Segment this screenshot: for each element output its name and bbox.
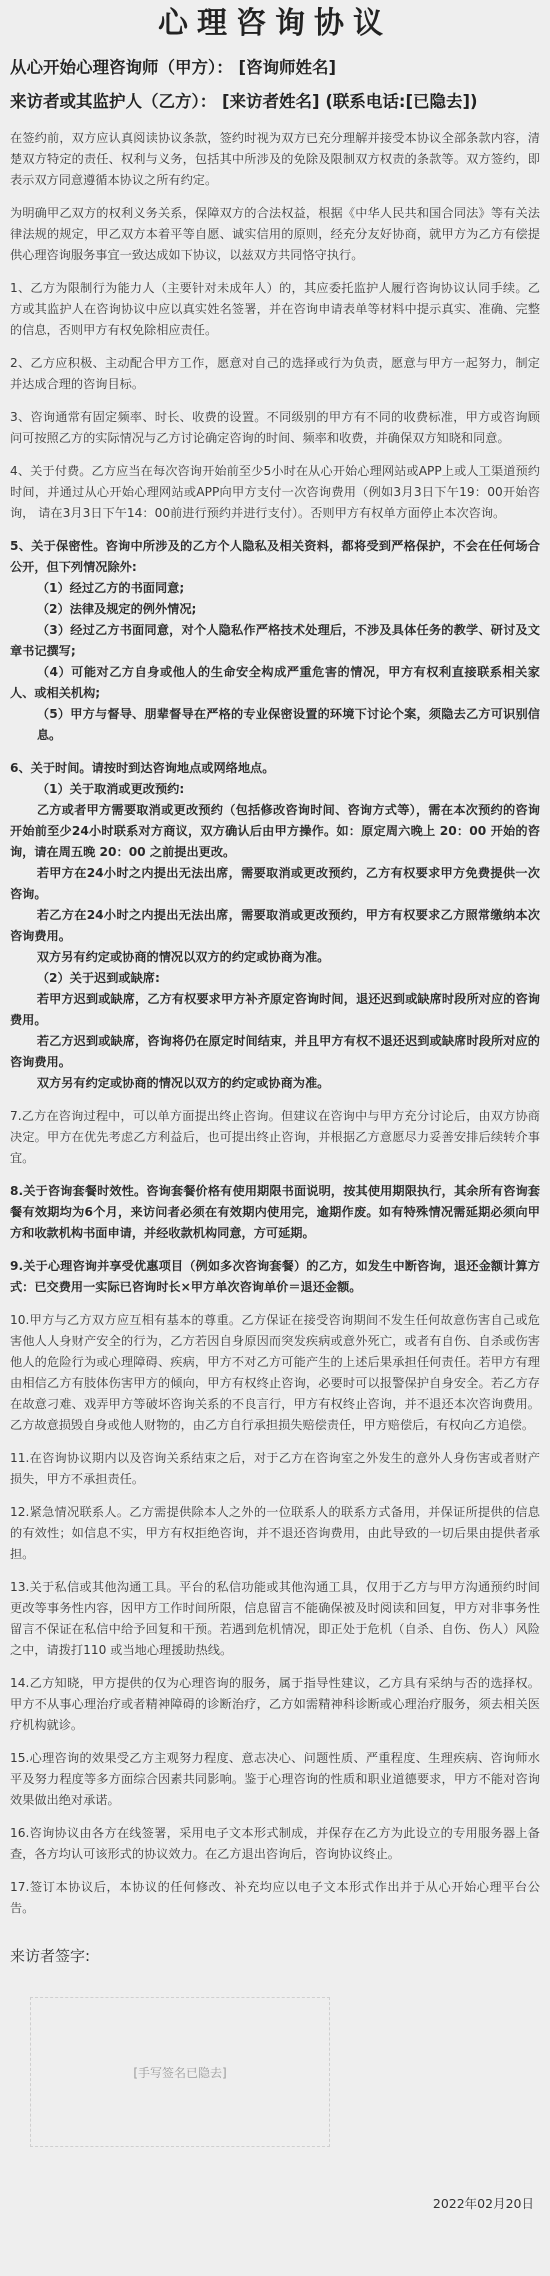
clause-6-sub1-line-4: 双方另有约定或协商的情况以双方的约定或协商为准。 bbox=[10, 947, 540, 968]
clause-12: 12.紧急情况联系人。乙方需提供除本人之外的一位联系人的联系方式备用，并保证所提… bbox=[10, 1502, 540, 1565]
clause-5-item-5: （5）甲方与督导、朋辈督导在严格的专业保密设置的环境下讨论个案，须隐去乙方可识别… bbox=[10, 704, 540, 746]
clause-16: 16.咨询协议由各方在线签署，采用电子文本形式制成，并保存在乙方为此设立的专用服… bbox=[10, 1823, 540, 1865]
clause-6-time: 6、关于时间。请按时到达咨询地点或网络地点。 （1）关于取消或更改预约: 乙方或… bbox=[10, 758, 540, 1094]
clause-5-item-1: （1）经过乙方的书面同意; bbox=[10, 578, 540, 599]
clause-4: 4、关于付费。乙方应当在每次咨询开始前至少5小时在从心开始心理网站或APP上或人… bbox=[10, 461, 540, 524]
clause-14: 14.乙方知晓，甲方提供的仅为心理咨询的服务，属于指导性建议，乙方具有采纳与否的… bbox=[10, 1673, 540, 1736]
clause-8: 8.关于咨询套餐时效性。咨询套餐价格有使用期限书面说明，按其使用期限执行，其余所… bbox=[10, 1181, 540, 1244]
signing-date: 2022年02月20日 bbox=[10, 2192, 534, 2216]
clause-5-item-3: （3）经过乙方书面同意，对个人隐私作严格技术处理后，不涉及具体任务的教学、研讨及… bbox=[10, 620, 540, 662]
clause-17: 17.签订本协议后，本协议的任何修改、补充均应以电子文本形式作出并于从心开始心理… bbox=[10, 1877, 540, 1919]
bottom-spacer bbox=[10, 2216, 540, 2276]
clause-6-sub1-line-1: 乙方或者甲方需要取消或更改预约（包括修改咨询时间、咨询方式等），需在本次预约的咨… bbox=[10, 800, 540, 863]
preamble-paragraph-2: 为明确甲乙双方的权利义务关系，保障双方的合法权益，根据《中华人民共和国合同法》等… bbox=[10, 203, 540, 266]
clause-15: 15.心理咨询的效果受乙方主观努力程度、意志决心、问题性质、严重程度、生理疾病、… bbox=[10, 1748, 540, 1811]
clause-6-sub2-title: （2）关于迟到或缺席: bbox=[10, 968, 540, 989]
clause-13: 13.关于私信或其他沟通工具。平台的私信功能或其他沟通工具，仅用于乙方与甲方沟通… bbox=[10, 1577, 540, 1661]
clause-5-confidentiality: 5、关于保密性。咨询中所涉及的乙方个人隐私及相关资料，都将受到严格保护，不会在任… bbox=[10, 536, 540, 746]
clause-10: 10.甲方与乙方双方应互相有基本的尊重。乙方保证在接受咨询期间不发生任何故意伤害… bbox=[10, 1310, 540, 1436]
party-b-line: 来访者或其监护人（乙方）： [来访者姓名] (联系电话:[已隐去]) bbox=[10, 90, 540, 114]
clause-6-sub2-line-3: 双方另有约定或协商的情况以双方的约定或协商为准。 bbox=[10, 1073, 540, 1094]
signature-label: 来访者签字: bbox=[10, 1945, 540, 1967]
clause-9: 9.关于心理咨询并享受优惠项目（例如多次咨询套餐）的乙方，如发生中断咨询，退还金… bbox=[10, 1256, 540, 1298]
clause-2: 2、乙方应积极、主动配合甲方工作，愿意对自己的选择或行为负责，愿意与甲方一起努力… bbox=[10, 353, 540, 395]
clause-6-sub1-title: （1）关于取消或更改预约: bbox=[10, 779, 540, 800]
clause-6-sub2-line-2: 若乙方迟到或缺席，咨询将仍在原定时间结束，并且甲方有权不退还迟到或缺席时段所对应… bbox=[10, 1031, 540, 1073]
clause-6-intro: 6、关于时间。请按时到达咨询地点或网络地点。 bbox=[10, 758, 540, 779]
clause-5-item-2: （2）法律及规定的例外情况; bbox=[10, 599, 540, 620]
clause-11: 11.在咨询协议期内以及咨询关系结束之后，对于乙方在咨询室之外发生的意外人身伤害… bbox=[10, 1448, 540, 1490]
handwritten-signature-area: [手写签名已隐去] bbox=[30, 1997, 330, 2147]
document-title: 心理咨询协议 bbox=[10, 0, 540, 48]
clause-6-sub2-line-1: 若甲方迟到或缺席，乙方有权要求甲方补齐原定咨询时间，退还迟到或缺席时段所对应的咨… bbox=[10, 989, 540, 1031]
signature-placeholder: [手写签名已隐去] bbox=[133, 2064, 226, 2081]
clause-7: 7.乙方在咨询过程中，可以单方面提出终止咨询。但建议在咨询中与甲方充分讨论后，由… bbox=[10, 1106, 540, 1169]
clause-1: 1、乙方为限制行为能力人（主要针对未成年人）的，其应委托监护人履行咨询协议认同手… bbox=[10, 278, 540, 341]
clause-6-sub1-line-3: 若乙方在24小时之内提出无法出席，需要取消或更改预约，甲方有权要求乙方照常缴纳本… bbox=[10, 905, 540, 947]
party-a-line: 从心开始心理咨询师（甲方）： [咨询师姓名] bbox=[10, 56, 540, 80]
clause-5-item-4: （4）可能对乙方自身或他人的生命安全构成严重危害的情况，甲方有权利直接联系相关家… bbox=[10, 662, 540, 704]
preamble-paragraph-1: 在签约前，双方应认真阅读协议条款，签约时视为双方已充分理解并接受本协议全部条款内… bbox=[10, 128, 540, 191]
clause-6-sub1-line-2: 若甲方在24小时之内提出无法出席，需要取消或更改预约，乙方有权要求甲方免费提供一… bbox=[10, 863, 540, 905]
agreement-document: 心理咨询协议 从心开始心理咨询师（甲方）： [咨询师姓名] 来访者或其监护人（乙… bbox=[0, 0, 550, 2276]
clause-3: 3、咨询通常有固定频率、时长、收费的设置。不同级别的甲方有不同的收费标准，甲方或… bbox=[10, 407, 540, 449]
clause-5-intro: 5、关于保密性。咨询中所涉及的乙方个人隐私及相关资料，都将受到严格保护，不会在任… bbox=[10, 536, 540, 578]
